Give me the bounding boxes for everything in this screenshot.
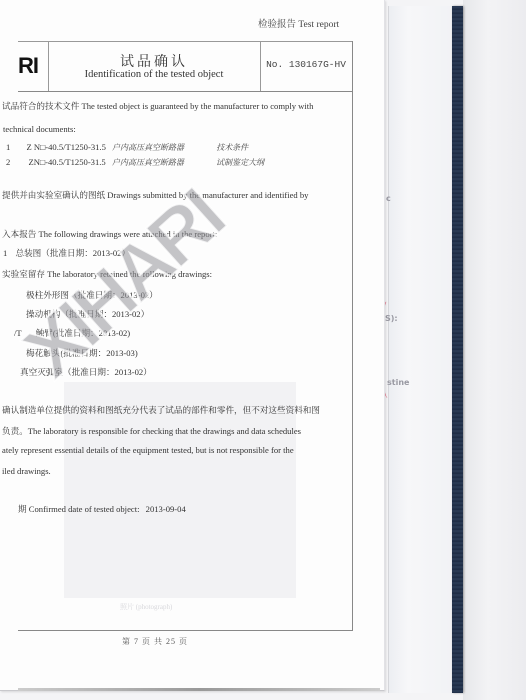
tech-docs-intro-cont: technical documents: — [3, 124, 76, 134]
tech-doc-model: ZN□-40.5/T1250-31.5 — [28, 157, 105, 167]
page-footer: 第 7 页 共 25 页 — [122, 636, 188, 647]
confirmed-date-value: 2013-09-04 — [146, 504, 186, 514]
disclaimer-en-2: ately represent essential details of the… — [2, 445, 294, 455]
report-header: 检验报告 Test report — [258, 16, 339, 30]
confirmed-date-label: 期 Confirmed date of tested object: — [18, 504, 139, 514]
tech-doc-model: Z N□-40.5/T1250-31.5 — [26, 142, 105, 152]
tech-doc-item: 2 ZN□-40.5/T1250-31.5 户内高压真空断路器 试制鉴定大纲 — [6, 157, 264, 168]
tech-doc-name: 户内高压真空断路器 — [112, 158, 184, 167]
scanner-background — [463, 0, 526, 700]
logo: RI — [18, 53, 38, 79]
page-stack-edge — [18, 688, 380, 691]
attached-index: 1 — [3, 248, 7, 258]
tech-doc-type: 试制鉴定大纲 — [216, 158, 264, 167]
tech-doc-index: 1 — [6, 142, 10, 152]
tech-docs-intro: 试品符合的技术文件 The tested object is guarantee… — [2, 100, 313, 112]
tech-doc-type: 技术条件 — [216, 143, 248, 152]
tech-doc-item: 1 Z N□-40.5/T1250-31.5 户内高压真空断路器 技术条件 — [6, 142, 248, 153]
disclaimer-cn: 确认制造单位提供的资料和图纸充分代表了试品的部件和零件，但不对这些资料和图 — [2, 404, 320, 416]
tech-doc-name: 户内高压真空断路器 — [112, 143, 184, 152]
page-title-en: Identification of the tested object — [48, 69, 260, 80]
binder-spine — [452, 6, 463, 693]
tech-doc-index: 2 — [6, 157, 10, 167]
disclaimer-en-1: 负责。The laboratory is responsible for che… — [2, 425, 301, 437]
underlying-page-text: c — [386, 194, 391, 203]
report-number: No. 130167G-HV — [260, 59, 352, 70]
confirmed-date-row: 期 Confirmed date of tested object: 2013-… — [18, 503, 186, 515]
disclaimer-en-3: iled drawings. — [2, 466, 51, 476]
page-title-cn: 试品确认 — [48, 51, 260, 71]
title-row: RI 试品确认 Identification of the tested obj… — [18, 41, 352, 92]
report-page: 检验报告 Test report 照片 (photograph) RI 试品确认… — [0, 0, 385, 691]
